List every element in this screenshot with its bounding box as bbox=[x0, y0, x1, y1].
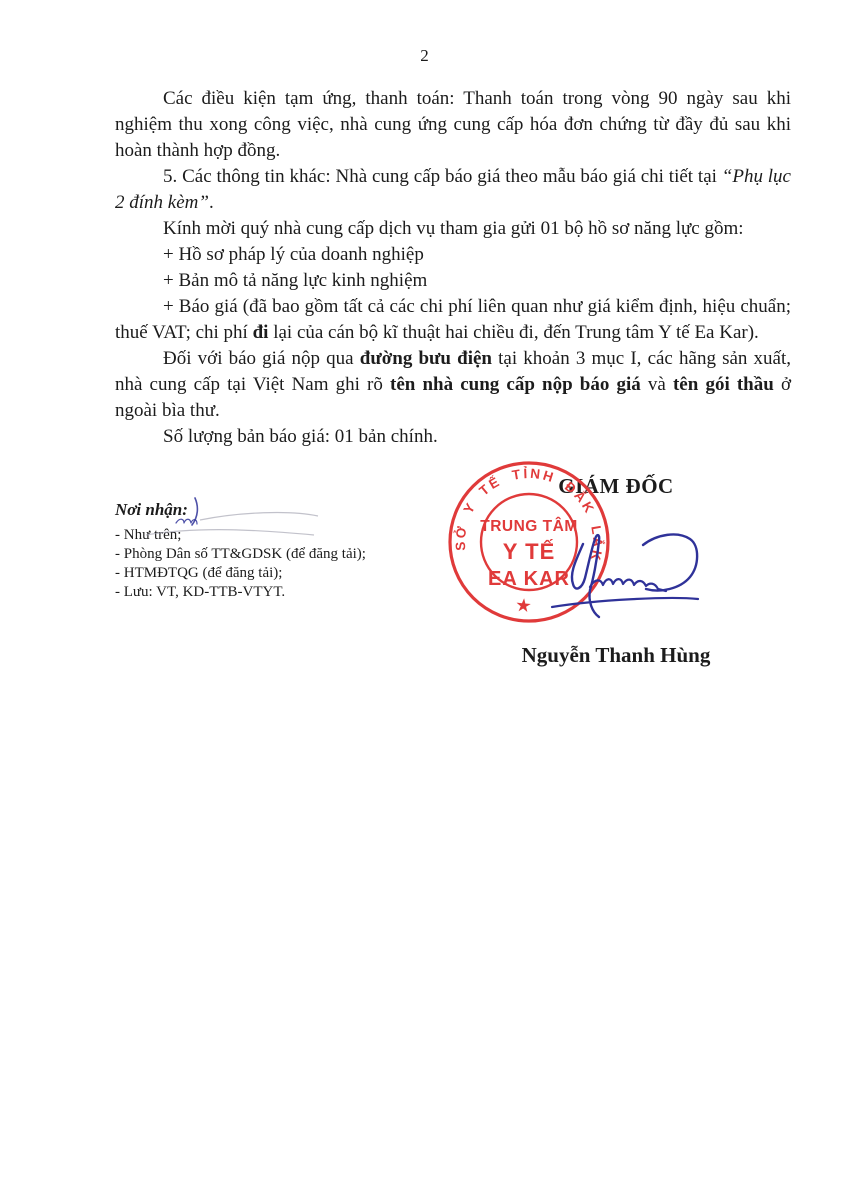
signature-flourish-stroke bbox=[643, 534, 697, 590]
paraph-faint-line-2 bbox=[146, 530, 314, 535]
paragraph-postal-instructions: Đối với báo giá nộp qua đường bưu điện t… bbox=[115, 346, 791, 424]
paragraph-quotation-scope: + Báo giá (đã bao gồm tất cả các chi phí… bbox=[115, 294, 791, 346]
quotation-scope-bold: đi bbox=[253, 322, 269, 343]
star-icon: ★ bbox=[515, 597, 531, 615]
page-number: 2 bbox=[0, 46, 849, 66]
postal-bold-package-name: tên gói thầu bbox=[673, 374, 774, 395]
postal-text-1: Đối với báo giá nộp qua bbox=[163, 348, 360, 369]
quotation-copies-line: Số lượng bản báo giá: 01 bản chính. bbox=[115, 424, 791, 450]
invitation-line: Kính mời quý nhà cung cấp dịch vụ tham g… bbox=[115, 216, 791, 242]
dossier-item-capability: + Bản mô tả năng lực kinh nghiệm bbox=[115, 268, 791, 294]
signature-humps-stroke bbox=[590, 579, 666, 591]
document-body: Các điều kiện tạm ứng, thanh toán: Thanh… bbox=[115, 86, 791, 450]
initials-paraph bbox=[140, 482, 350, 557]
paraph-faint-line-1 bbox=[200, 513, 318, 520]
postal-text-3: và bbox=[641, 374, 673, 395]
paragraph-other-info-period: . bbox=[209, 192, 214, 213]
signature-underline-stroke bbox=[552, 598, 698, 607]
quotation-scope-text-2: lại của cán bộ kĩ thuật hai chiều đi, đế… bbox=[268, 322, 758, 343]
document-page: 2 Các điều kiện tạm ứng, thanh toán: Tha… bbox=[0, 0, 849, 1200]
dossier-item-legal: + Hồ sơ pháp lý của doanh nghiệp bbox=[115, 242, 791, 268]
paragraph-payment-terms: Các điều kiện tạm ứng, thanh toán: Thanh… bbox=[115, 86, 791, 164]
postal-bold-supplier-name: tên nhà cung cấp nộp báo giá bbox=[390, 374, 641, 395]
director-signature bbox=[540, 518, 720, 630]
recipient-item: - HTMĐTQG (để đăng tải); bbox=[115, 564, 445, 583]
postal-bold-mail: đường bưu điện bbox=[360, 348, 492, 369]
signer-name: Nguyễn Thanh Hùng bbox=[486, 643, 746, 668]
paragraph-other-info-text: 5. Các thông tin khác: Nhà cung cấp báo … bbox=[163, 166, 722, 187]
recipient-item: - Lưu: VT, KD-TTB-VTYT. bbox=[115, 583, 445, 602]
paragraph-other-info: 5. Các thông tin khác: Nhà cung cấp báo … bbox=[115, 164, 791, 216]
